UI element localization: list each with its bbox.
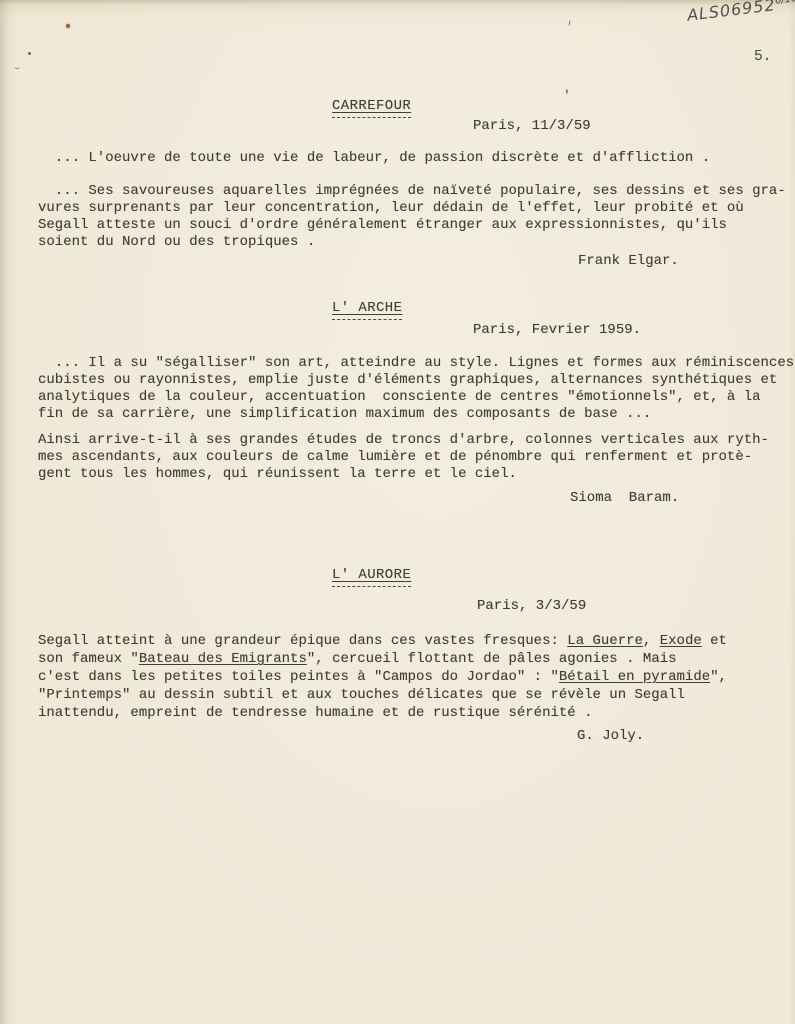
text-segment: Segall atteint à une grandeur épique dan…: [38, 633, 567, 649]
text-segment: "Printemps" au dessin subtil et aux touc…: [38, 687, 685, 703]
paper-crease-mark: [14, 64, 20, 69]
signature: Sioma Baram.: [38, 490, 795, 507]
press-quote-paragraphs: ... L'oeuvre de toute une vie de labeur,…: [38, 150, 795, 251]
handwritten-archive-code: ALS069526/10: [686, 0, 795, 25]
text-segment: vures surprenants par leur concentration…: [38, 200, 744, 216]
text-line: Segall atteste un souci d'ordre générale…: [38, 217, 795, 234]
section-l-aurore: L' AURORE Paris, 3/3/59 Segall atteint à…: [38, 565, 795, 745]
text-segment: Ainsi arrive-t-il à ses grandes études d…: [38, 432, 769, 448]
dateline: Paris, 3/3/59: [477, 598, 795, 615]
text-segment: soient du Nord ou des tropiques .: [38, 234, 315, 250]
text-line: c'est dans les petites toiles peintes à …: [38, 668, 795, 686]
typewritten-document-page: ALS069526/10 5. ' CARREFOUR Paris, 11/3/…: [0, 0, 795, 1024]
paragraph: Ainsi arrive-t-il à ses grandes études d…: [38, 432, 795, 483]
document-body: CARREFOUR Paris, 11/3/59 ... L'oeuvre de…: [38, 96, 795, 745]
signature: G. Joly.: [38, 728, 795, 745]
section-carrefour: CARREFOUR Paris, 11/3/59 ... L'oeuvre de…: [38, 96, 795, 270]
text-segment: ... Ses savoureuses aquarelles imprégnée…: [38, 183, 786, 199]
text-line: cubistes ou rayonnistes, emplie juste d'…: [38, 372, 795, 389]
archive-code-superscript: 6/10: [774, 0, 795, 7]
text-segment: ,: [643, 633, 660, 649]
press-quote-paragraphs: Segall atteint à une grandeur épique dan…: [38, 632, 795, 722]
section-heading: CARREFOUR: [332, 98, 411, 118]
text-segment: Segall atteste un souci d'ordre générale…: [38, 217, 727, 233]
text-line: ... Il a su "ségalliser" son art, attein…: [38, 355, 795, 372]
signature: Frank Elgar.: [38, 253, 795, 270]
underlined-title-phrase: La Guerre: [567, 633, 643, 649]
text-segment: analytiques de la couleur, accentuation …: [38, 389, 761, 405]
page-number: 5.: [754, 49, 771, 65]
paper-dust-speck: [28, 52, 31, 55]
paragraph: ... Ses savoureuses aquarelles imprégnée…: [38, 183, 795, 251]
text-line: "Printemps" au dessin subtil et aux touc…: [38, 686, 795, 704]
text-segment: ... Il a su "ségalliser" son art, attein…: [38, 355, 794, 371]
section-heading-wrap: CARREFOUR: [332, 96, 795, 115]
underlined-title-phrase: Bateau des Emigrants: [139, 651, 307, 667]
paragraph: ... L'oeuvre de toute une vie de labeur,…: [38, 150, 795, 167]
text-line: Segall atteint à une grandeur épique dan…: [38, 632, 795, 650]
section-heading: L' ARCHE: [332, 300, 402, 320]
paragraph: Segall atteint à une grandeur épique dan…: [38, 632, 795, 722]
dateline: Paris, 11/3/59: [473, 118, 795, 135]
text-line: ... L'oeuvre de toute une vie de labeur,…: [38, 150, 795, 167]
text-segment: fin de sa carrière, une simplification m…: [38, 406, 651, 422]
text-segment: inattendu, empreint de tendresse humaine…: [38, 705, 593, 721]
paper-stain-speck: [66, 24, 70, 28]
text-segment: gent tous les hommes, qui réunissent la …: [38, 466, 517, 482]
text-segment: son fameux ": [38, 651, 139, 667]
text-segment: cubistes ou rayonnistes, emplie juste d'…: [38, 372, 777, 388]
underlined-title-phrase: Bétail en pyramide: [559, 669, 710, 685]
text-line: gent tous les hommes, qui réunissent la …: [38, 466, 795, 483]
text-segment: ... L'oeuvre de toute une vie de labeur,…: [38, 150, 710, 166]
text-line: mes ascendants, aux couleurs de calme lu…: [38, 449, 795, 466]
paragraph: ... Il a su "ségalliser" son art, attein…: [38, 355, 795, 423]
text-line: vures surprenants par leur concentration…: [38, 200, 795, 217]
paper-tick-mark: [568, 20, 570, 26]
section-heading-wrap: L' ARCHE: [332, 298, 795, 317]
text-line: Ainsi arrive-t-il à ses grandes études d…: [38, 432, 795, 449]
text-line: ... Ses savoureuses aquarelles imprégnée…: [38, 183, 795, 200]
underlined-title-phrase: Exode: [660, 633, 702, 649]
text-line: soient du Nord ou des tropiques .: [38, 234, 795, 251]
text-segment: et: [702, 633, 727, 649]
section-heading: L' AURORE: [332, 567, 411, 587]
archive-code-text: ALS06952: [686, 0, 777, 25]
text-line: inattendu, empreint de tendresse humaine…: [38, 704, 795, 722]
text-segment: ",: [710, 669, 727, 685]
section-l-arche: L' ARCHE Paris, Fevrier 1959. ... Il a s…: [38, 298, 795, 507]
dateline: Paris, Fevrier 1959.: [473, 322, 795, 339]
text-line: son fameux "Bateau des Emigrants", cercu…: [38, 650, 795, 668]
section-heading-wrap: L' AURORE: [332, 565, 795, 584]
text-segment: ", cercueil flottant de pâles agonies . …: [307, 651, 677, 667]
text-line: analytiques de la couleur, accentuation …: [38, 389, 795, 406]
text-line: fin de sa carrière, une simplification m…: [38, 406, 795, 423]
text-segment: c'est dans les petites toiles peintes à …: [38, 669, 559, 685]
text-segment: mes ascendants, aux couleurs de calme lu…: [38, 449, 752, 465]
press-quote-paragraphs: ... Il a su "ségalliser" son art, attein…: [38, 355, 795, 483]
